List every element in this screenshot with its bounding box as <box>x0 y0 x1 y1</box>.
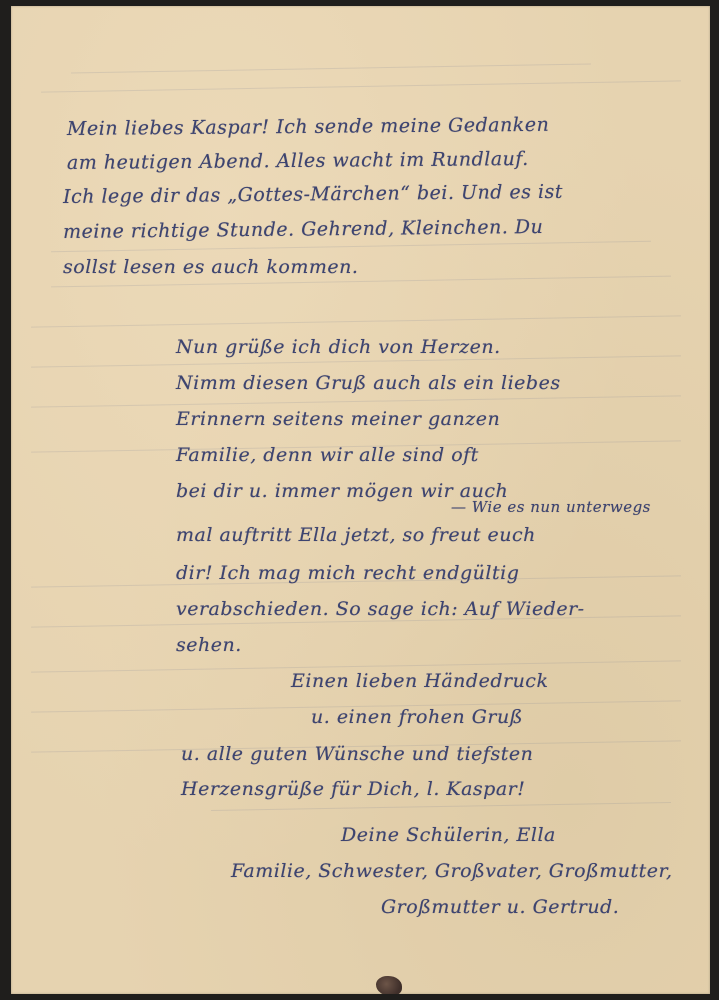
letter-page: Mein liebes Kaspar! Ich sende meine Geda… <box>11 6 710 994</box>
scan-background: Mein liebes Kaspar! Ich sende meine Geda… <box>0 0 719 1000</box>
signature-line: Familie, Schwester, Großvater, Großmutte… <box>231 860 673 882</box>
letter-line: am heutigen Abend. Alles wacht im Rundla… <box>67 148 529 174</box>
letter-line: dir! Ich mag mich recht endgültig <box>176 562 519 584</box>
letter-line: Mein liebes Kaspar! Ich sende meine Geda… <box>67 114 549 140</box>
letter-line: mal auftritt Ella jetzt, so freut euch <box>176 524 536 546</box>
letter-line: sehen. <box>176 634 242 656</box>
letter-line: Herzensgrüße für Dich, l. Kaspar! <box>181 778 525 800</box>
letter-line: u. alle guten Wünsche und tiefsten <box>181 743 533 765</box>
letter-line: verabschieden. So sage ich: Auf Wieder- <box>176 598 585 620</box>
letter-line: Familie, denn wir alle sind oft <box>176 444 479 466</box>
signature-line: Deine Schülerin, Ella <box>341 824 556 846</box>
letter-line: Nimm diesen Gruß auch als ein liebes <box>176 372 561 394</box>
letter-line: Einen lieben Händedruck <box>291 670 548 692</box>
letter-line: Erinnern seitens meiner ganzen <box>176 408 500 430</box>
letter-line: meine richtige Stunde. Gehrend, Kleinche… <box>63 216 544 243</box>
paper-stain <box>376 976 402 994</box>
letter-line: sollst lesen es auch kommen. <box>63 256 358 278</box>
letter-line: u. einen frohen Gruß <box>311 706 523 728</box>
signature-line: Großmutter u. Gertrud. <box>381 896 619 918</box>
letter-line-insertion: — Wie es nun unterwegs <box>451 498 651 516</box>
letter-line: Ich lege dir das „Gottes-Märchen“ bei. U… <box>63 181 563 208</box>
letter-line: Nun grüße ich dich von Herzen. <box>176 336 501 358</box>
